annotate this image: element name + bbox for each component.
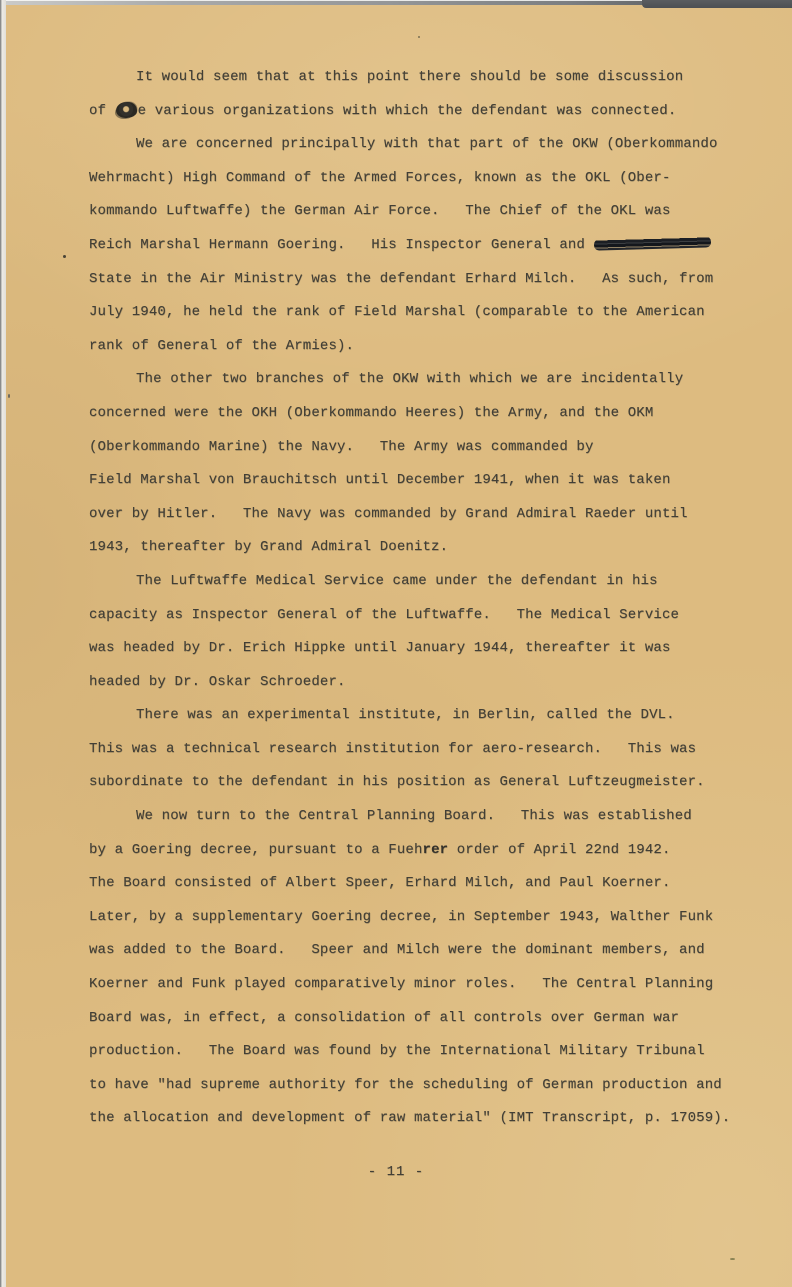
text-line: (Oberkommando Marine) the Navy. The Army… — [89, 431, 737, 465]
text-segment: State in the Air Ministry was the defend… — [89, 271, 713, 287]
text-line: the allocation and development of raw ma… — [89, 1102, 737, 1136]
strikeout-redaction — [593, 236, 710, 250]
text-segment: There was an experimental institute, in … — [136, 707, 675, 723]
text-line: Wehrmacht) High Command of the Armed For… — [89, 162, 737, 196]
text-line: Later, by a supplementary Goering decree… — [89, 901, 737, 935]
text-segment: We are concerned principally with that p… — [136, 136, 718, 152]
text-segment: to have "had supreme authority for the s… — [89, 1077, 722, 1093]
typewritten-text: It would seem that at this point there s… — [89, 61, 737, 1136]
scan-edge-left — [0, 0, 6, 1287]
paper-speck — [63, 255, 66, 258]
text-segment: of — [89, 103, 115, 119]
text-line: was added to the Board. Speer and Milch … — [89, 934, 737, 968]
text-line: There was an experimental institute, in … — [89, 699, 737, 733]
text-segment: Board was, in effect, a consolidation of… — [89, 1010, 679, 1026]
ink-blot — [116, 102, 137, 118]
text-segment: Later, by a supplementary Goering decree… — [89, 909, 713, 925]
text-line: subordinate to the defendant in his posi… — [89, 766, 737, 800]
text-line: The Luftwaffe Medical Service came under… — [89, 565, 737, 599]
text-segment: was added to the Board. Speer and Milch … — [89, 942, 705, 958]
paper-speck — [730, 1258, 735, 1260]
text-segment: The Luftwaffe Medical Service came under… — [136, 573, 658, 589]
text-line: capacity as Inspector General of the Luf… — [89, 599, 737, 633]
document-page: It would seem that at this point there s… — [0, 0, 792, 1287]
text-segment: order of April 22nd 1942. — [448, 842, 670, 858]
text-segment: rer — [423, 842, 449, 858]
text-segment: headed by Dr. Oskar Schroeder. — [89, 674, 346, 690]
text-line: Reich Marshal Hermann Goering. His Inspe… — [89, 229, 737, 263]
text-line: We now turn to the Central Planning Boar… — [89, 800, 737, 834]
scan-edge-top-right — [642, 0, 792, 8]
text-segment: (Oberkommando Marine) the Navy. The Army… — [89, 439, 594, 455]
text-segment: the allocation and development of raw ma… — [89, 1110, 730, 1126]
text-line: It would seem that at this point there s… — [89, 61, 737, 95]
text-segment: subordinate to the defendant in his posi… — [89, 774, 705, 790]
text-segment: 1943, thereafter by Grand Admiral Doenit… — [89, 539, 448, 555]
text-line: of e various organizations with which th… — [89, 95, 737, 129]
text-line: Board was, in effect, a consolidation of… — [89, 1002, 737, 1036]
text-line: 1943, thereafter by Grand Admiral Doenit… — [89, 531, 737, 565]
text-segment: over by Hitler. The Navy was commanded b… — [89, 506, 688, 522]
text-segment: capacity as Inspector General of the Luf… — [89, 607, 679, 623]
text-segment: The other two branches of the OKW with w… — [136, 371, 683, 387]
page-number: - 11 - — [0, 1164, 792, 1180]
text-segment: It would seem that at this point there s… — [136, 69, 683, 85]
text-line: Koerner and Funk played comparatively mi… — [89, 968, 737, 1002]
text-segment: Field Marshal von Brauchitsch until Dece… — [89, 472, 671, 488]
text-segment: We now turn to the Central Planning Boar… — [136, 808, 692, 824]
text-segment: The Board consisted of Albert Speer, Erh… — [89, 875, 671, 891]
text-line: kommando Luftwaffe) the German Air Force… — [89, 195, 737, 229]
text-line: headed by Dr. Oskar Schroeder. — [89, 666, 737, 700]
text-line: State in the Air Ministry was the defend… — [89, 263, 737, 297]
text-line: concerned were the OKH (Oberkommando Hee… — [89, 397, 737, 431]
text-line: We are concerned principally with that p… — [89, 128, 737, 162]
text-segment: Wehrmacht) High Command of the Armed For… — [89, 170, 671, 186]
text-segment: production. The Board was found by the I… — [89, 1043, 705, 1059]
text-segment: by a Goering decree, pursuant to a Fueh — [89, 842, 423, 858]
text-segment: This was a technical research institutio… — [89, 741, 696, 757]
text-line: The Board consisted of Albert Speer, Erh… — [89, 867, 737, 901]
text-line: This was a technical research institutio… — [89, 733, 737, 767]
text-segment: July 1940, he held the rank of Field Mar… — [89, 304, 705, 320]
text-segment: concerned were the OKH (Oberkommando Hee… — [89, 405, 653, 421]
text-segment: rank of General of the Armies). — [89, 338, 354, 354]
text-line: July 1940, he held the rank of Field Mar… — [89, 296, 737, 330]
text-segment: e various organizations with which the d… — [138, 103, 677, 119]
paper-speck — [418, 36, 420, 38]
text-line: The other two branches of the OKW with w… — [89, 363, 737, 397]
text-line: over by Hitler. The Navy was commanded b… — [89, 498, 737, 532]
text-segment: Koerner and Funk played comparatively mi… — [89, 976, 713, 992]
text-segment: was headed by Dr. Erich Hippke until Jan… — [89, 640, 671, 656]
text-line: was headed by Dr. Erich Hippke until Jan… — [89, 632, 737, 666]
text-line: production. The Board was found by the I… — [89, 1035, 737, 1069]
text-segment: Reich Marshal Hermann Goering. His Inspe… — [89, 237, 594, 253]
text-segment: kommando Luftwaffe) the German Air Force… — [89, 203, 671, 219]
text-line: Field Marshal von Brauchitsch until Dece… — [89, 464, 737, 498]
text-line: rank of General of the Armies). — [89, 330, 737, 364]
text-line: by a Goering decree, pursuant to a Fuehr… — [89, 834, 737, 868]
paper-speck — [8, 394, 10, 398]
text-line: to have "had supreme authority for the s… — [89, 1069, 737, 1103]
